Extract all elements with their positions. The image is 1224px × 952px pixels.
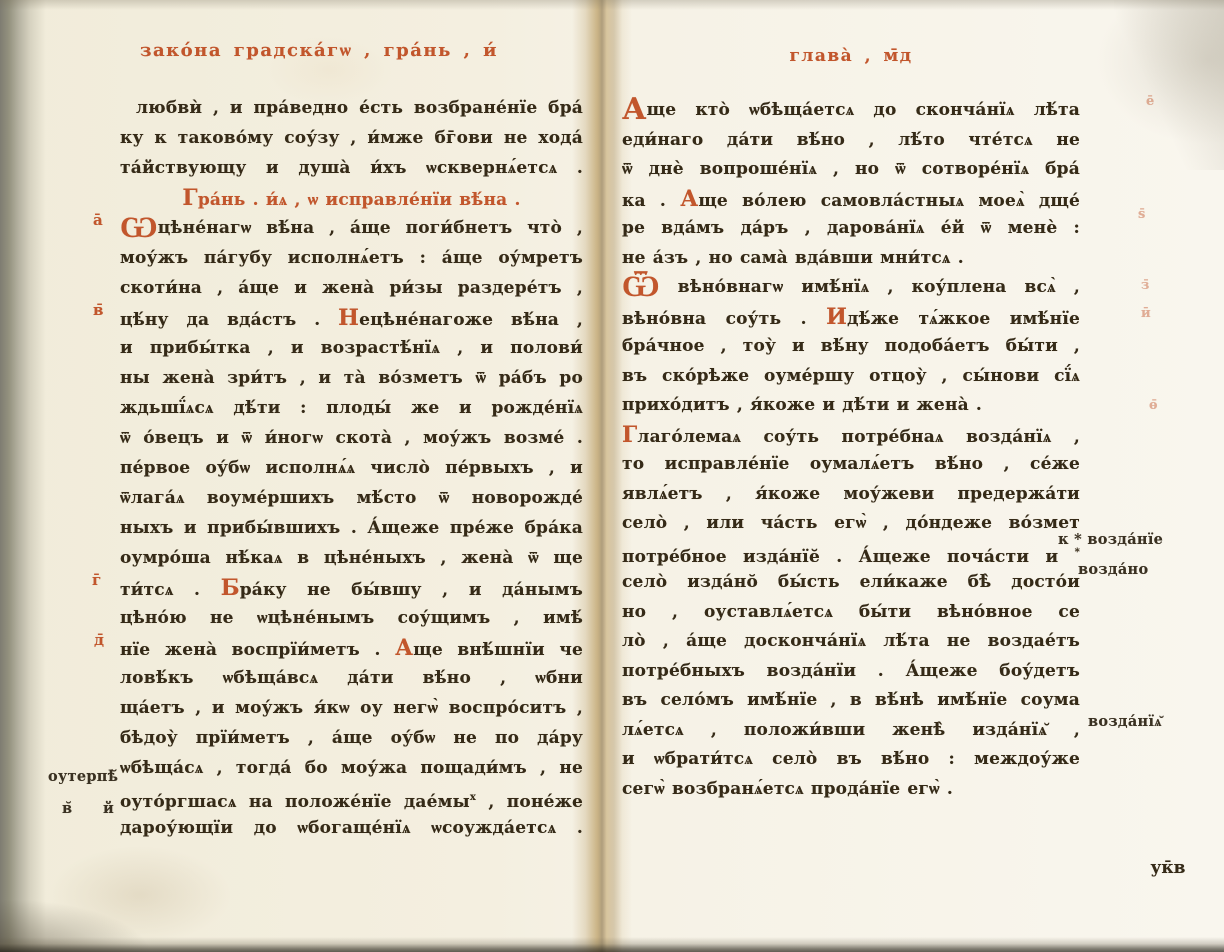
margin-note: к * возда́нїе: [1058, 531, 1163, 548]
text-line: ло̀ , а́ще досконча́нїѧ лѣ́та не воздае́…: [622, 628, 1080, 658]
text-line: еди́наго да́ти вѣ́но , лѣ́то чте́тсѧ не: [622, 127, 1080, 157]
text-line: потре́бное изда́нїӗ . А́щеже поча́сти и …: [622, 540, 1080, 570]
text-line: село̀ изда́но̆ бы́сть ели́каже бѣ̀ досто…: [622, 569, 1080, 599]
text-line: ре вда́мъ да́ръ , дарова́нїѧ е́й ѿ менѐ …: [622, 215, 1080, 245]
folio-number: ук̄в: [1128, 858, 1208, 878]
margin-section-number: ӣ: [1141, 306, 1151, 321]
book-scan: зако́на градска́гѡ , гра́нь , и́ любвѝ ,…: [0, 0, 1224, 952]
text-line: потре́бныхъ возда́нїи . А́щеже боу́детъ: [622, 658, 1080, 688]
text-line: но , оуставлѧ́етсѧ бы́ти вѣно́вное се: [622, 599, 1080, 629]
text-line: не а́зъ , но сама̀ вда́вши мни́тсѧ .: [622, 245, 1080, 275]
margin-section-number: з̄: [1141, 278, 1149, 293]
text-line: Ѿ вѣно́внагѡ имѣ́нїѧ , коу́плена всѧ̀ ,: [622, 274, 1080, 304]
text-line: Аще кто̀ ѡбѣща́етсѧ до сконча́нїѧ лѣ́та: [622, 97, 1080, 127]
right-page: глава̀ , м̄д Аще кто̀ ѡбѣща́етсѧ до скон…: [0, 0, 1224, 952]
text-line: и ѡбрати́тсѧ село̀ въ вѣ́но : междоу́же: [622, 746, 1080, 776]
margin-note: возда́нїѧ̆: [1088, 713, 1162, 731]
text-line: ѿ днѐ вопроше́нїѧ , но ѿ сотворе́нїѧ бра…: [622, 156, 1080, 186]
text-line: село̀ , или ча́сть егѡ̀ , до́ндеже во́зм…: [622, 510, 1080, 540]
margin-section-number: е̄: [1146, 94, 1154, 109]
text-line: Глаго́лемаѧ соу́ть потре́бнаѧ возда́нїѧ …: [622, 422, 1080, 452]
text-line: то исправле́нїе оумалѧ́етъ вѣ́но , се́же: [622, 451, 1080, 481]
text-line: прихо́дитъ , я́коже и дѣ́ти и жена̀ .: [622, 392, 1080, 422]
margin-section-number: ѳ̄: [1149, 398, 1157, 413]
margin-section-number: ѕ̄: [1138, 207, 1145, 222]
text-line: сегѡ̀ возбранѧ́етсѧ прода́нїе егѡ̀ .: [622, 776, 1080, 806]
text-line: ка . Аще во́лею самовла́стныѧ моеѧ̀ дще́: [622, 186, 1080, 216]
text-line: вѣно́вна соу́ть . Идѣ́же тѧ́жкое имѣ́нїе: [622, 304, 1080, 334]
text-line: въ ско́рѣже оуме́ршу отцоу̀ , сы́нови сї…: [622, 363, 1080, 393]
text-line: лѧ́етсѧ , положи́вши женѣ̀ изда́нїѧ̆ ,: [622, 717, 1080, 747]
running-header-right: глава̀ , м̄д: [622, 46, 1080, 66]
margin-note: возда́но: [1078, 561, 1148, 578]
text-line: явлѧ́етъ , я́коже моу́жеви предержа́ти: [622, 481, 1080, 511]
text-line: бра́чное , тоу̀ и вѣ́ну подоба́етъ бы́ти…: [622, 333, 1080, 363]
text-line: въ село́мъ имѣ́нїе , в вѣ́нѣ имѣ́нїе соу…: [622, 687, 1080, 717]
